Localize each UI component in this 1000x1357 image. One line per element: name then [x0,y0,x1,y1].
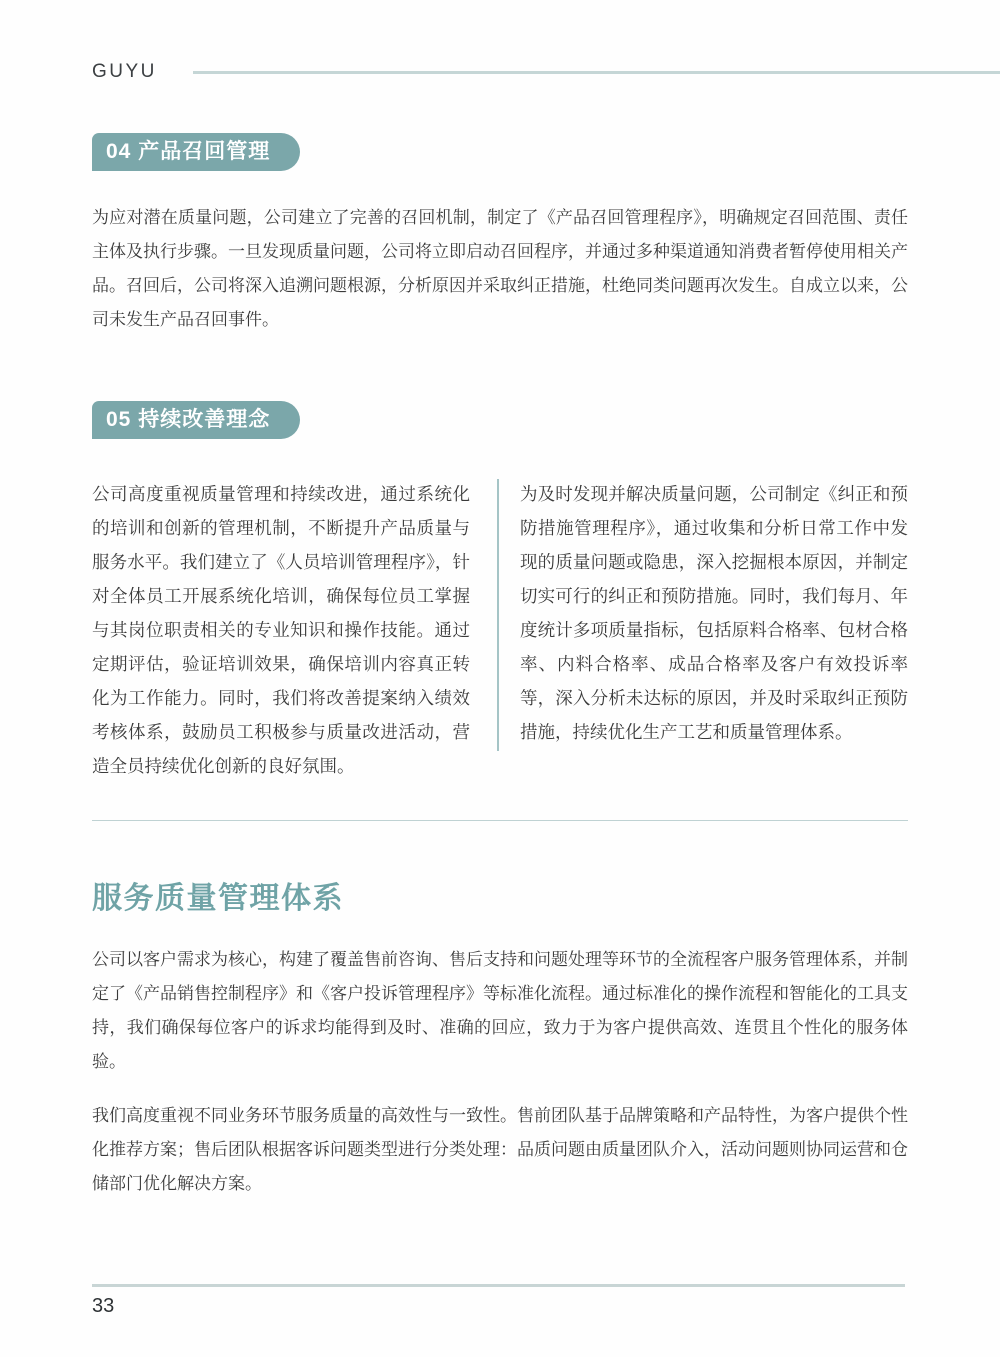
service-paragraph-1: 公司以客户需求为核心，构建了覆盖售前咨询、售后支持和问题处理等环节的全流程客户服… [92,943,908,1079]
improvement-right-column: 为及时发现并解决质量问题，公司制定《纠正和预防措施管理程序》，通过收集和分析日常… [520,477,908,749]
two-column-block: 公司高度重视质量管理和持续改进，通过系统化的培训和创新的管理机制，不断提升产品质… [92,477,908,783]
section-divider-line [92,820,908,821]
document-page: GUYU 04 产品召回管理 为应对潜在质量问题，公司建立了完善的召回机制，制定… [0,0,1000,1357]
service-quality-heading: 服务质量管理体系 [92,873,1000,917]
section-badge-05: 05 持续改善理念 [92,401,300,439]
page-number: 33 [92,1295,905,1318]
brand-logo-text: GUYU [92,61,157,83]
column-divider-line [497,479,499,751]
header-rule-line [193,71,1000,74]
service-paragraph-2: 我们高度重视不同业务环节服务质量的高效性与一致性。售前团队基于品牌策略和产品特性… [92,1099,908,1201]
page-footer: 33 [92,1284,905,1318]
page-header: GUYU [92,60,1000,84]
section-badge-04: 04 产品召回管理 [92,133,300,171]
improvement-left-column: 公司高度重视质量管理和持续改进，通过系统化的培训和创新的管理机制，不断提升产品质… [92,477,470,783]
footer-rule-line [92,1284,905,1287]
recall-management-paragraph: 为应对潜在质量问题，公司建立了完善的召回机制，制定了《产品召回管理程序》，明确规… [92,201,908,337]
